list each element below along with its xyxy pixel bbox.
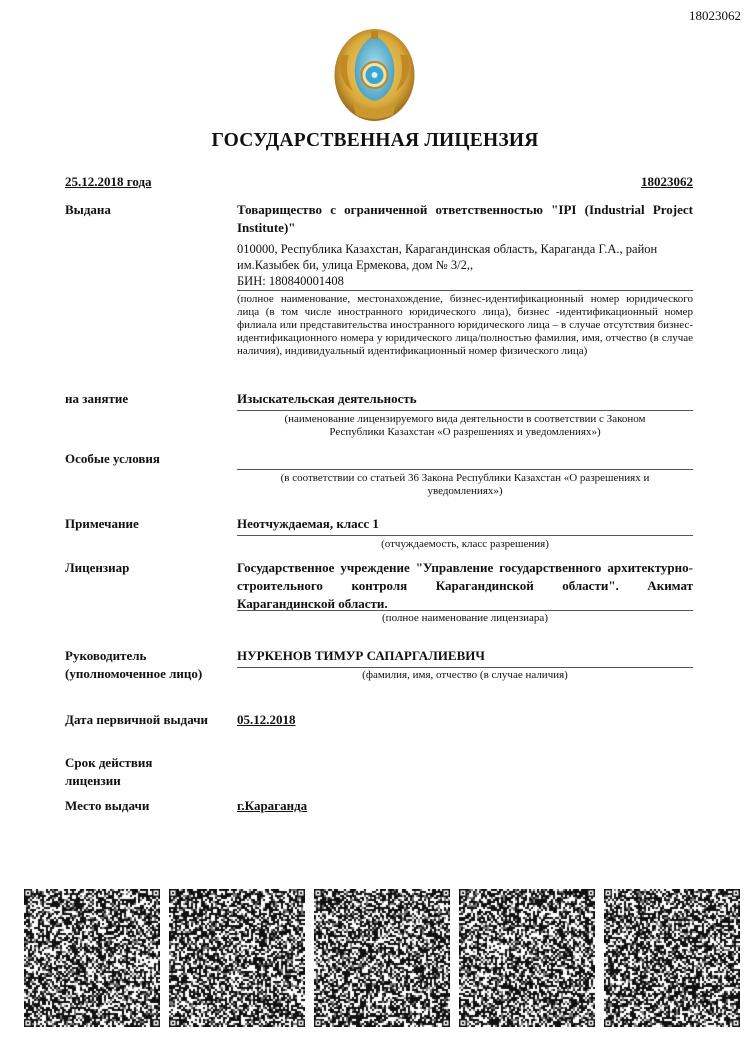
document-title: ГОСУДАРСТВЕННАЯ ЛИЦЕНЗИЯ	[0, 130, 750, 152]
special-conditions-note: (в соответствии со статьей 36 Закона Рес…	[237, 472, 693, 498]
validity-label-line2: лицензии	[65, 772, 152, 790]
first-issue-date-label: Дата первичной выдачи	[65, 711, 208, 729]
state-emblem-icon	[333, 25, 416, 125]
issue-date: 25.12.2018 года	[65, 174, 152, 190]
remark-label: Примечание	[65, 515, 139, 533]
remark-note: (отчуждаемость, класс разрешения)	[237, 538, 693, 551]
head-rule	[237, 667, 693, 668]
place-label: Место выдачи	[65, 797, 149, 815]
activity-value: Изыскательская деятельность	[237, 390, 693, 408]
issued-to-rule	[237, 290, 693, 291]
activity-note: (наименование лицензируемого вида деятел…	[237, 413, 693, 439]
head-label-line2: (уполномоченное лицо)	[65, 665, 202, 683]
issued-to-value: Товарищество с ограниченной ответственно…	[237, 201, 693, 237]
qr-code-2	[169, 889, 305, 1027]
special-conditions-rule	[237, 469, 693, 470]
licensor-label: Лицензиар	[65, 559, 129, 577]
licensor-rule	[237, 610, 693, 611]
issued-to-label: Выдана	[65, 201, 111, 219]
place-value: г.Караганда	[237, 797, 307, 815]
issued-to-bin: БИН: 180840001408	[237, 273, 693, 289]
first-issue-date-value: 05.12.2018	[237, 711, 296, 729]
head-value: НУРКЕНОВ ТИМУР САПАРГАЛИЕВИЧ	[237, 647, 693, 665]
special-conditions-label: Особые условия	[65, 450, 160, 468]
validity-label-line1: Срок действия	[65, 754, 152, 772]
license-number: 18023062	[641, 174, 693, 190]
head-note: (фамилия, имя, отчество (в случае наличи…	[237, 669, 693, 682]
licensor-note: (полное наименование лицензиара)	[237, 612, 693, 625]
issued-to-address: 010000, Республика Казахстан, Карагандин…	[237, 241, 693, 273]
head-label-line1: Руководитель	[65, 647, 202, 665]
qr-code-3	[314, 889, 450, 1027]
top-document-number: 18023062	[689, 8, 741, 24]
issued-to-note: (полное наименование, местонахождение, б…	[237, 293, 693, 358]
activity-label: на занятие	[65, 390, 128, 408]
qr-code-5	[604, 889, 740, 1027]
qr-code-4	[459, 889, 595, 1027]
validity-label: Срок действия лицензии	[65, 754, 152, 790]
remark-rule	[237, 535, 693, 536]
head-label: Руководитель (уполномоченное лицо)	[65, 647, 202, 683]
qr-code-1	[24, 889, 160, 1027]
licensor-value: Государственное учреждение "Управление г…	[237, 559, 693, 613]
activity-rule	[237, 410, 693, 411]
remark-value: Неотчуждаемая, класс 1	[237, 515, 693, 533]
